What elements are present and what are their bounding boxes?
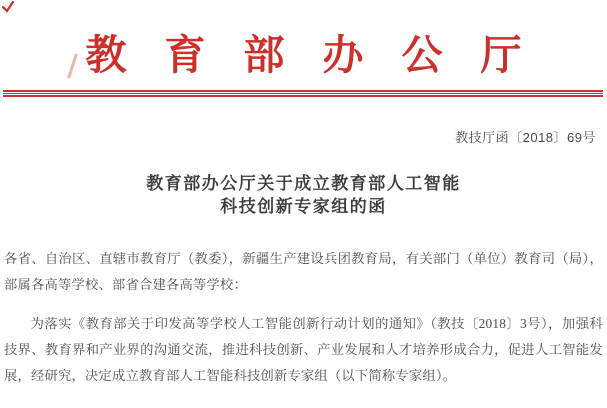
document-title-line1: 教育部办公厅关于成立教育部人工智能 (0, 172, 607, 195)
official-letter-page: 教育部办公厅 教技厅函〔2018〕69号 教育部办公厅关于成立教育部人工智能 科… (0, 0, 607, 408)
red-corner-mark-icon (2, 1, 15, 13)
body-paragraph: 为落实《教育部关于印发高等学校人工智能创新行动计划的通知》（教技〔2018〕3号… (4, 311, 603, 389)
red-separator-rule (3, 90, 603, 97)
agency-masthead: 教育部办公厅 (0, 33, 607, 78)
salutation-paragraph: 各省、自治区、直辖市教育厅（教委），新疆生产建设兵团教育局，有关部门（单位）教育… (4, 246, 603, 298)
document-title: 教育部办公厅关于成立教育部人工智能 科技创新专家组的函 (0, 172, 607, 218)
document-title-line2: 科技创新专家组的函 (0, 195, 607, 218)
document-reference-number: 教技厅函〔2018〕69号 (455, 130, 596, 146)
